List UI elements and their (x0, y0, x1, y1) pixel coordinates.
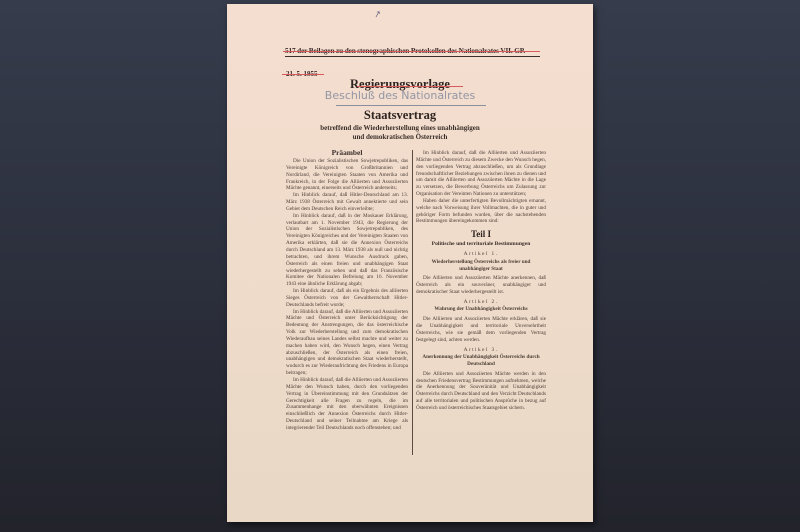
paragraph: Im Hinblick darauf, daß die Alliierten u… (286, 377, 408, 432)
document-subtitle: betreffend die Wiederherstellung eines u… (0, 124, 800, 142)
article-text: Die Alliierten und Assoziierten Mächte a… (416, 275, 546, 296)
red-strikethrough (282, 74, 324, 75)
subtitle-line: betreffend die Wiederherstellung eines u… (0, 124, 800, 133)
paragraph: Haben daher die unterfertigten Bevollmäc… (416, 198, 546, 225)
red-strikethrough (283, 51, 540, 52)
paragraph: Im Hinblick darauf, daß als ein Ergebnis… (286, 288, 408, 309)
document-title: Staatsvertrag (0, 108, 800, 123)
article-text: Die Alliierten und Assoziierten Mächte e… (416, 316, 546, 343)
part-subheading: Politische und territoriale Bestimmungen (416, 240, 546, 248)
red-strikethrough (357, 86, 463, 87)
stamp-text: Beschluß des Nationalrates (0, 89, 800, 102)
right-column: Im Hinblick darauf, daß die Alliierten u… (416, 150, 546, 412)
article-number: Artikel 1. (416, 250, 546, 259)
part-heading: Teil I (416, 229, 546, 240)
paragraph: Die Union der Sozialistischen Sowjetrepu… (286, 158, 408, 192)
subtitle-line: und demokratischen Österreich (0, 133, 800, 142)
article-text: Die Alliierten und Assoziierten Mächte w… (416, 371, 546, 412)
paragraph: Im Hinblick darauf, daß Hitler-Deutschla… (286, 192, 408, 213)
left-column: Präambel Die Union der Sozialistischen S… (286, 148, 408, 432)
article-number: Artikel 3. (416, 346, 546, 355)
article-title: Wiederherstellung Österreichs als freier… (416, 259, 546, 273)
column-divider (412, 150, 413, 455)
paragraph: Im Hinblick darauf, daß in der Moskauer … (286, 213, 408, 288)
paragraph: Im Hinblick darauf, daß die Alliierten u… (286, 309, 408, 377)
article-title: Anerkennung der Unabhängigkeit Österreic… (416, 354, 546, 368)
article-title: Wahrung der Unabhängigkeit Österreichs (416, 306, 546, 313)
paragraph: Im Hinblick darauf, daß die Alliierten u… (416, 150, 546, 198)
preamble-heading: Präambel (286, 148, 408, 158)
stamp-underline (336, 105, 486, 106)
